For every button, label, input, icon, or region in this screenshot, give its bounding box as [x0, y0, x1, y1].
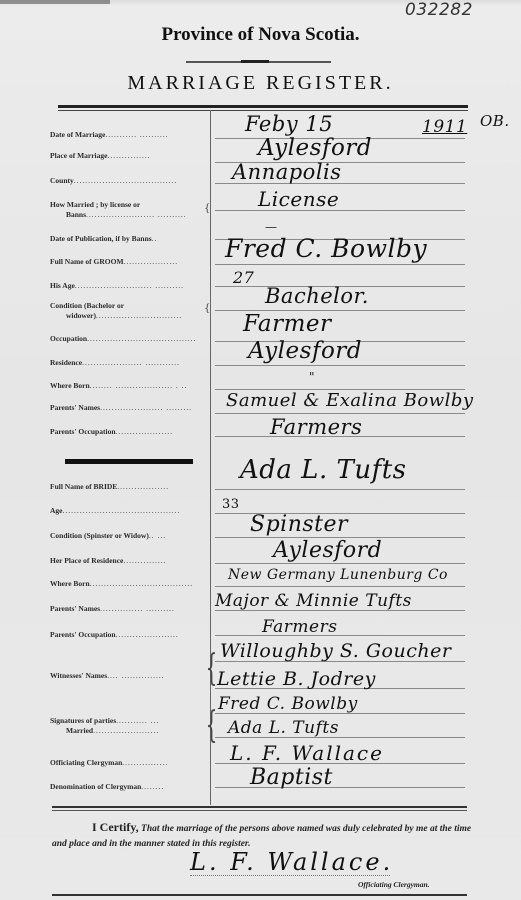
- certification-rule-thin: [52, 810, 467, 811]
- label-groom-residence: Residence..................... .........…: [50, 358, 208, 367]
- value-place-of-marriage: Aylesford: [258, 135, 372, 161]
- line-bride-residence: [215, 563, 465, 564]
- label-groom-condition: Condition (Bachelor orwidower)..........…: [50, 301, 208, 321]
- label-officiating-clergyman: Officiating Clergyman................: [50, 758, 208, 767]
- register-title: MARRIAGE REGISTER.: [0, 72, 521, 95]
- value-bride-residence: Aylesford: [273, 538, 382, 563]
- value-bride-condition: Spinster: [250, 512, 348, 537]
- brace-witnesses: {: [206, 648, 217, 689]
- marriage-register-page: 032282 Province of Nova Scotia. MARRIAGE…: [0, 0, 521, 900]
- label-groom-parents-occupation: Parents' Occupation....................: [50, 427, 208, 436]
- value-signature-groom: Fred C. Bowlby: [218, 694, 358, 714]
- value-groom-name: Fred C. Bowlby: [225, 234, 427, 263]
- label-county: County..................................…: [50, 176, 208, 185]
- label-groom-name: Full Name of GROOM...................: [50, 257, 208, 266]
- value-witness-2: Lettie B. Jodrey: [217, 668, 376, 690]
- value-his-age: 27: [233, 268, 254, 287]
- value-groom-where-born: ": [309, 370, 315, 384]
- scan-edge-shadow: [0, 0, 110, 4]
- value-bride-where-born: New Germany Lunenburg Co: [228, 567, 448, 583]
- label-groom-occupation: Occupation..............................…: [50, 334, 208, 343]
- value-denomination: Baptist: [250, 765, 333, 790]
- value-bride-name: Ada L. Tufts: [240, 455, 406, 485]
- label-groom-where-born: Where Born........ .................... …: [50, 381, 208, 390]
- value-bride-parents-occupation: Farmers: [262, 617, 337, 637]
- label-bride-where-born: Where Born..............................…: [50, 579, 208, 588]
- value-marriage-year: 1911: [422, 117, 467, 137]
- value-signature-bride: Ada L. Tufts: [228, 718, 339, 738]
- label-witnesses-names: Witnesses' Names.... ...............: [50, 671, 208, 680]
- clergyman-signature: L. F. Wallace.: [190, 848, 393, 876]
- value-groom-residence: Aylesford: [248, 338, 362, 364]
- label-denomination: Denomination of Clergyman........: [50, 782, 208, 791]
- label-bride-age: Age.....................................…: [50, 506, 208, 515]
- footer-rule: [52, 894, 467, 896]
- value-how-married: License: [258, 187, 339, 211]
- value-county: Annapolis: [232, 160, 342, 184]
- line-how-married: [215, 210, 465, 211]
- certify-lead: I Certify,: [92, 820, 139, 834]
- label-groom-parents-names: Parents' Names...................... ...…: [50, 403, 208, 412]
- label-place-of-marriage: Place of Marriage...............: [50, 151, 208, 160]
- header-rule: [58, 105, 468, 108]
- label-bride-condition: Condition (Spinster or Widow).. ...: [50, 531, 208, 540]
- label-bride-residence: Her Place of Residence...............: [50, 556, 208, 565]
- brace-signatures: {: [206, 705, 217, 746]
- label-bride-name: Full Name of BRIDE..................: [50, 482, 208, 491]
- label-date-of-marriage: Date of Marriage........... ..........: [50, 130, 208, 139]
- column-divider: [210, 110, 211, 805]
- brace-groom-condition: {: [204, 303, 210, 314]
- label-bride-parents-names: Parents' Names............... ..........: [50, 604, 208, 613]
- label-his-age: His Age........................... .....…: [50, 281, 208, 290]
- value-witness-1: Willoughby S. Goucher: [220, 640, 451, 662]
- label-how-married: How Married ; by license orBanns........…: [50, 200, 208, 220]
- province-heading: Province of Nova Scotia.: [0, 24, 521, 46]
- title-ornament-divider: [186, 61, 331, 63]
- label-date-of-publication: Date of Publication, if by Banns..: [50, 234, 208, 243]
- value-date-of-marriage: Feby 15: [245, 112, 333, 136]
- label-bride-parents-occupation: Parents' Occupation.....................…: [50, 630, 208, 639]
- header-rule-thin: [58, 110, 468, 111]
- value-groom-parents-occupation: Farmers: [270, 415, 362, 439]
- line-bride-name: [215, 489, 465, 490]
- groom-bride-separator: [65, 459, 193, 464]
- value-officiating-clergyman: L. F. Wallace: [230, 741, 384, 765]
- line-groom-residence: [215, 365, 465, 366]
- value-bride-age: 33: [222, 497, 240, 512]
- value-groom-occupation: Farmer: [243, 311, 332, 337]
- brace-how-married: {: [204, 203, 210, 214]
- label-signatures: Signatures of parties........... ...Marr…: [50, 716, 208, 736]
- line-groom-parents-names: [215, 413, 465, 414]
- line-bride-where-born: [215, 586, 465, 587]
- value-bride-parents-names: Major & Minnie Tufts: [215, 591, 412, 611]
- value-groom-parents-names: Samuel & Exalina Bowlby: [226, 390, 474, 411]
- document-number: 032282: [405, 0, 473, 20]
- value-groom-condition: Bachelor.: [265, 284, 369, 308]
- certification-rule: [52, 806, 467, 808]
- line-bride-parents-occupation: [215, 635, 465, 636]
- margin-annotation: OB.: [480, 112, 510, 130]
- signature-caption: Officiating Clergyman.: [358, 880, 430, 889]
- signature-line: [190, 875, 390, 876]
- line-groom-name: [215, 264, 465, 265]
- value-date-of-publication: —: [265, 220, 278, 234]
